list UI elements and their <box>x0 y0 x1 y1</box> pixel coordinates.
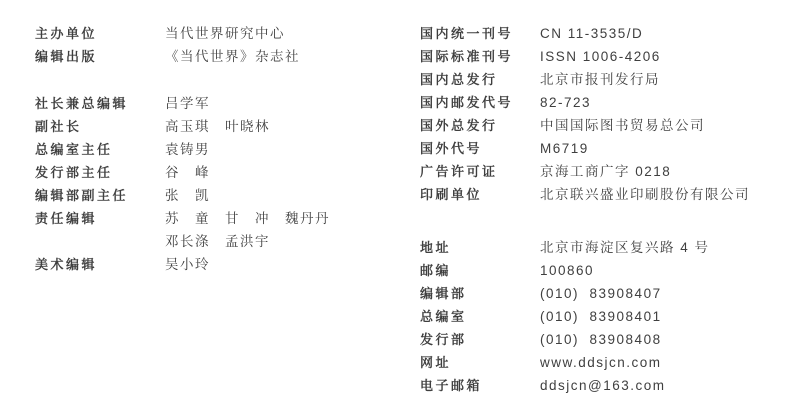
info-row: 邮编 100860 <box>420 259 800 282</box>
info-label: 国内总发行 <box>420 68 540 91</box>
publisher-group: 主办单位 当代世界研究中心 编辑出版 《当代世界》杂志社 <box>35 22 405 68</box>
info-row: 社长兼总编辑 吕学军 <box>35 92 405 115</box>
info-value: 北京联兴盛业印刷股份有限公司 <box>540 183 800 206</box>
info-label: 总编室主任 <box>35 138 165 161</box>
info-value: 北京市海淀区复兴路 4 号 <box>540 236 800 259</box>
info-row: 国内总发行 北京市报刊发行局 <box>420 68 800 91</box>
info-label: 发行部主任 <box>35 161 165 184</box>
info-value: ddsjcn@163.com <box>540 374 800 394</box>
info-value: (010) 83908407 <box>540 282 800 305</box>
info-label: 编辑部 <box>420 282 540 305</box>
info-value: www.ddsjcn.com <box>540 351 800 374</box>
info-row: 国外代号 M6719 <box>420 137 800 160</box>
right-column: 国内统一刊号 CN 11-3535/D 国际标准刊号 ISSN 1006-420… <box>420 22 800 394</box>
info-label: 国外总发行 <box>420 114 540 137</box>
info-row: 电子邮箱 ddsjcn@163.com <box>420 374 800 394</box>
info-row: 总编室 (010) 83908401 <box>420 305 800 328</box>
info-label: 美术编辑 <box>35 253 165 276</box>
info-row: 发行部主任 谷 峰 <box>35 161 405 184</box>
info-label: 国际标准刊号 <box>420 45 540 68</box>
colophon-page: 主办单位 当代世界研究中心 编辑出版 《当代世界》杂志社 社长兼总编辑 吕学军 … <box>0 0 806 394</box>
info-row: 美术编辑 吴小玲 <box>35 253 405 276</box>
info-label: 国内邮发代号 <box>420 91 540 114</box>
staff-group: 社长兼总编辑 吕学军 副社长 高玉琪 叶晓林 总编室主任 袁铸男 发行部主任 谷… <box>35 92 405 276</box>
info-row: 广告许可证 京海工商广字 0218 <box>420 160 800 183</box>
info-value: (010) 83908408 <box>540 328 800 351</box>
info-label: 邮编 <box>420 259 540 282</box>
info-row: 国内邮发代号 82-723 <box>420 91 800 114</box>
info-row: 国际标准刊号 ISSN 1006-4206 <box>420 45 800 68</box>
info-value: 吴小玲 <box>165 253 405 276</box>
info-label: 国外代号 <box>420 137 540 160</box>
info-value: 京海工商广字 0218 <box>540 160 800 183</box>
info-row: 副社长 高玉琪 叶晓林 <box>35 115 405 138</box>
info-value: 张 凯 <box>165 184 405 207</box>
info-row: 网址 www.ddsjcn.com <box>420 351 800 374</box>
info-row: 国外总发行 中国国际图书贸易总公司 <box>420 114 800 137</box>
info-label: 广告许可证 <box>420 160 540 183</box>
info-label: 国内统一刊号 <box>420 22 540 45</box>
info-value: 袁铸男 <box>165 138 405 161</box>
info-row: 编辑出版 《当代世界》杂志社 <box>35 45 405 68</box>
info-value: 当代世界研究中心 <box>165 22 405 45</box>
info-row: 编辑部副主任 张 凯 <box>35 184 405 207</box>
info-value: 高玉琪 叶晓林 <box>165 115 405 138</box>
info-value: 《当代世界》杂志社 <box>165 45 405 68</box>
info-row: 总编室主任 袁铸男 <box>35 138 405 161</box>
info-value: 中国国际图书贸易总公司 <box>540 114 800 137</box>
info-value: 吕学军 <box>165 92 405 115</box>
info-label: 主办单位 <box>35 22 165 45</box>
info-value: 谷 峰 <box>165 161 405 184</box>
info-value: 100860 <box>540 259 800 282</box>
left-column: 主办单位 当代世界研究中心 编辑出版 《当代世界》杂志社 社长兼总编辑 吕学军 … <box>35 22 405 276</box>
info-label: 地址 <box>420 236 540 259</box>
info-label: 编辑出版 <box>35 45 165 68</box>
info-row: 责任编辑 苏 童 甘 冲 魏丹丹 邓长涤 孟洪宇 <box>35 207 405 253</box>
info-label: 责任编辑 <box>35 207 165 230</box>
info-label: 副社长 <box>35 115 165 138</box>
info-value: M6719 <box>540 137 800 160</box>
publication-codes-group: 国内统一刊号 CN 11-3535/D 国际标准刊号 ISSN 1006-420… <box>420 22 800 206</box>
info-value: CN 11-3535/D <box>540 22 800 45</box>
info-label: 印刷单位 <box>420 183 540 206</box>
info-row: 主办单位 当代世界研究中心 <box>35 22 405 45</box>
info-row: 发行部 (010) 83908408 <box>420 328 800 351</box>
info-row: 地址 北京市海淀区复兴路 4 号 <box>420 236 800 259</box>
info-label: 发行部 <box>420 328 540 351</box>
info-row: 国内统一刊号 CN 11-3535/D <box>420 22 800 45</box>
info-label: 电子邮箱 <box>420 374 540 394</box>
info-label: 总编室 <box>420 305 540 328</box>
info-value: 82-723 <box>540 91 800 114</box>
info-row: 印刷单位 北京联兴盛业印刷股份有限公司 <box>420 183 800 206</box>
contact-group: 地址 北京市海淀区复兴路 4 号 邮编 100860 编辑部 (010) 839… <box>420 236 800 394</box>
info-value: 苏 童 甘 冲 魏丹丹 邓长涤 孟洪宇 <box>165 207 405 253</box>
info-value: 北京市报刊发行局 <box>540 68 800 91</box>
info-value: (010) 83908401 <box>540 305 800 328</box>
info-value: ISSN 1006-4206 <box>540 45 800 68</box>
info-label: 网址 <box>420 351 540 374</box>
info-label: 编辑部副主任 <box>35 184 165 207</box>
info-label: 社长兼总编辑 <box>35 92 165 115</box>
info-row: 编辑部 (010) 83908407 <box>420 282 800 305</box>
